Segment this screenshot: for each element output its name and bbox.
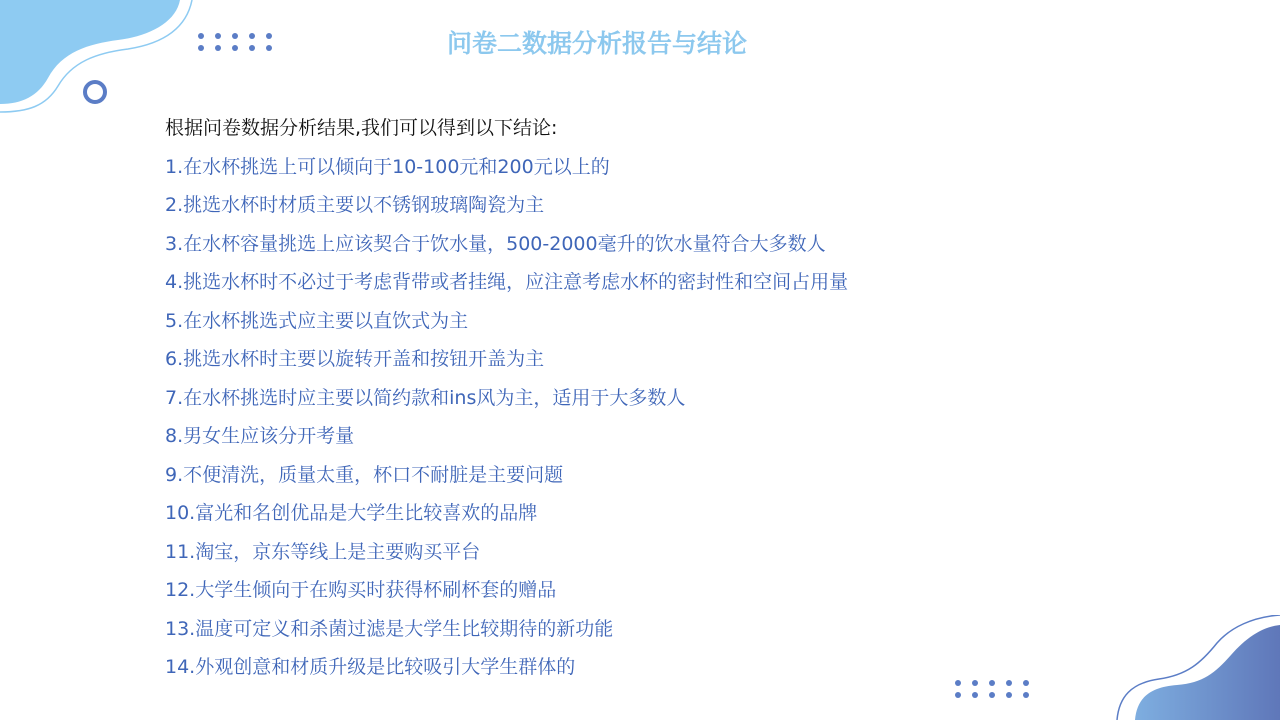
conclusion-item: 13.温度可定义和杀菌过滤是大学生比较期待的新功能 [165,613,1180,652]
conclusion-item: 2.挑选水杯时材质主要以不锈钢玻璃陶瓷为主 [165,189,1180,228]
conclusion-item: 12.大学生倾向于在购买时获得杯刷杯套的赠品 [165,574,1180,613]
ring-decoration-icon [83,80,107,104]
page-title: 问卷二数据分析报告与结论 [0,24,1194,60]
conclusion-item: 7.在水杯挑选时应主要以简约款和ins风为主，适用于大多数人 [165,382,1180,421]
conclusion-item: 3.在水杯容量挑选上应该契合于饮水量，500-2000毫升的饮水量符合大多数人 [165,228,1180,267]
conclusion-item: 14.外观创意和材质升级是比较吸引大学生群体的 [165,651,1180,690]
conclusion-item: 10.富光和名创优品是大学生比较喜欢的品牌 [165,497,1180,536]
top-left-blob-decoration [0,0,220,120]
conclusion-item: 5.在水杯挑选式应主要以直饮式为主 [165,305,1180,344]
slide: 问卷二数据分析报告与结论 根据问卷数据分析结果,我们可以得到以下结论: 1.在水… [0,0,1280,720]
conclusion-item: 11.淘宝，京东等线上是主要购买平台 [165,536,1180,575]
conclusion-item: 9.不便清洗，质量太重，杯口不耐脏是主要问题 [165,459,1180,498]
conclusions-list: 1.在水杯挑选上可以倾向于10-100元和200元以上的 2.挑选水杯时材质主要… [165,151,1180,690]
conclusion-item: 1.在水杯挑选上可以倾向于10-100元和200元以上的 [165,151,1180,190]
conclusion-item: 6.挑选水杯时主要以旋转开盖和按钮开盖为主 [165,343,1180,382]
conclusion-item: 4.挑选水杯时不必过于考虑背带或者挂绳，应注意考虑水杯的密封性和空间占用量 [165,266,1180,305]
conclusion-item: 8.男女生应该分开考量 [165,420,1180,459]
conclusions-section: 根据问卷数据分析结果,我们可以得到以下结论: 1.在水杯挑选上可以倾向于10-1… [165,112,1180,690]
intro-text: 根据问卷数据分析结果,我们可以得到以下结论: [165,112,1180,151]
